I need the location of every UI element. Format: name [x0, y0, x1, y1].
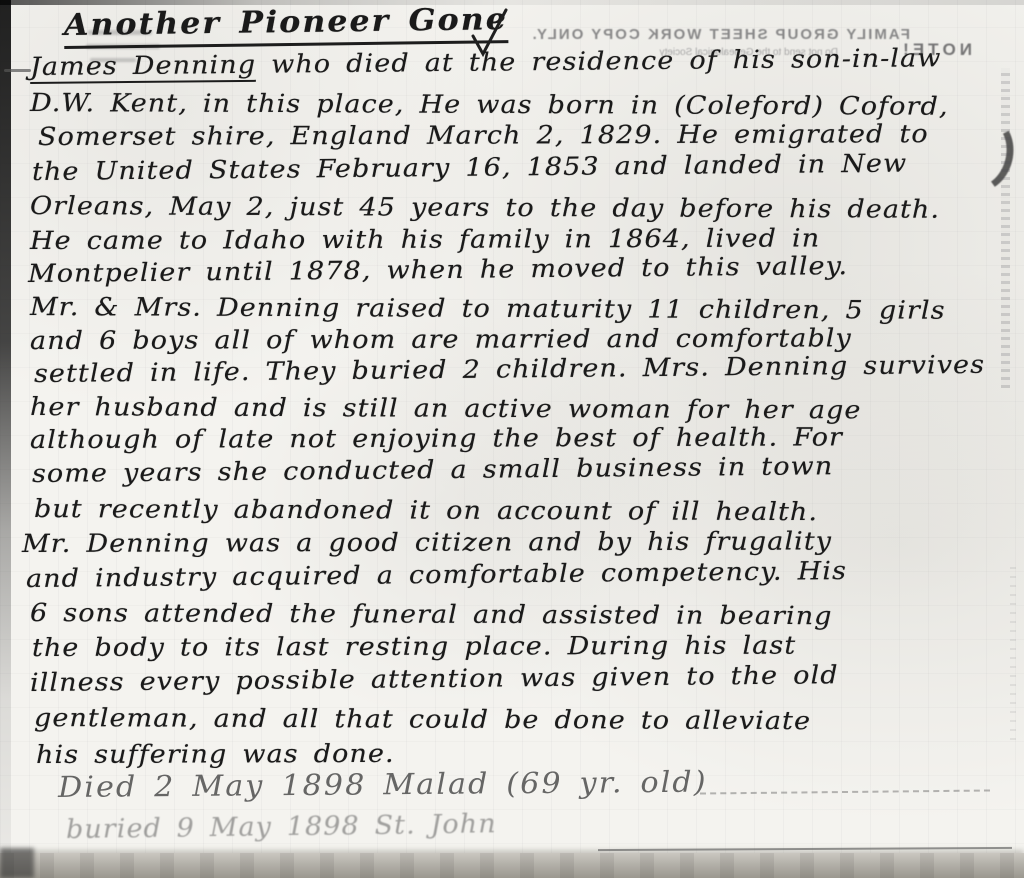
handwritten-line: the body to its last resting place. Duri… — [32, 631, 796, 662]
opening-line-rest: who died at the residence of his son-in-… — [256, 43, 942, 79]
burial-date-note: buried 9 May 1898 St. John — [66, 809, 497, 845]
handwritten-line: illness every possible attention was giv… — [30, 660, 839, 697]
handwritten-line: and 6 boys all of whom are married and c… — [30, 323, 852, 355]
handwritten-line-opening: James Denning who died at the residence … — [30, 43, 942, 81]
handwritten-line: D.W. Kent, in this place, He was born in… — [30, 88, 949, 121]
scan-edge-left — [0, 0, 11, 856]
handwritten-line: 6 sons attended the funeral and assisted… — [30, 598, 833, 630]
scan-right-edge-streak-lower — [1010, 560, 1016, 740]
scan-corner-shadow — [0, 848, 34, 878]
handwritten-line: and industry acquired a comfortable comp… — [26, 556, 847, 593]
scanned-document-page: FAMILY GROUP SHEET WORK COPY ONLY. NOTE!… — [0, 0, 1024, 878]
handwritten-line: Montpelier until 1878, when he moved to … — [28, 251, 848, 288]
pencil-underline — [598, 847, 1012, 851]
handwritten-line: Mr. & Mrs. Denning raised to maturity 11… — [30, 292, 946, 325]
scan-edge-top — [0, 0, 1024, 5]
death-date-note: Died 2 May 1898 Malad (69 yr. old) — [58, 765, 708, 804]
handwritten-line: Somerset shire, England March 2, 1829. H… — [38, 119, 929, 151]
scan-bottom-band — [0, 853, 1024, 878]
handwritten-line: Mr. Denning was a good citizen and by hi… — [22, 526, 832, 558]
handwritten-line: Orleans, May 2, just 45 years to the day… — [30, 191, 940, 224]
handwritten-line: gentleman, and all that could be done to… — [34, 703, 811, 735]
margin-dash-mark — [4, 69, 31, 72]
handwritten-line: his suffering was done. — [36, 739, 395, 769]
pencil-dashes — [700, 789, 990, 794]
scan-right-edge-streak — [1001, 68, 1010, 388]
handwritten-line: her husband and is still an active woman… — [30, 392, 862, 424]
underlined-name: James Denning — [30, 50, 256, 84]
handwritten-line: He came to Idaho with his family in 1864… — [30, 223, 820, 255]
handwritten-line: the United States February 16, 1853 and … — [32, 149, 908, 186]
handwritten-line: but recently abandoned it on account of … — [34, 494, 818, 526]
work-copy-stamp: FAMILY GROUP SHEET WORK COPY ONLY. — [538, 26, 910, 43]
handwritten-line: settled in life. They buried 2 children.… — [34, 350, 985, 388]
handwritten-line: some years she conducted a small busines… — [32, 451, 834, 488]
handwritten-line: although of late not enjoying the best o… — [30, 422, 843, 454]
document-title: Another Pioneer Gone — [64, 2, 509, 49]
